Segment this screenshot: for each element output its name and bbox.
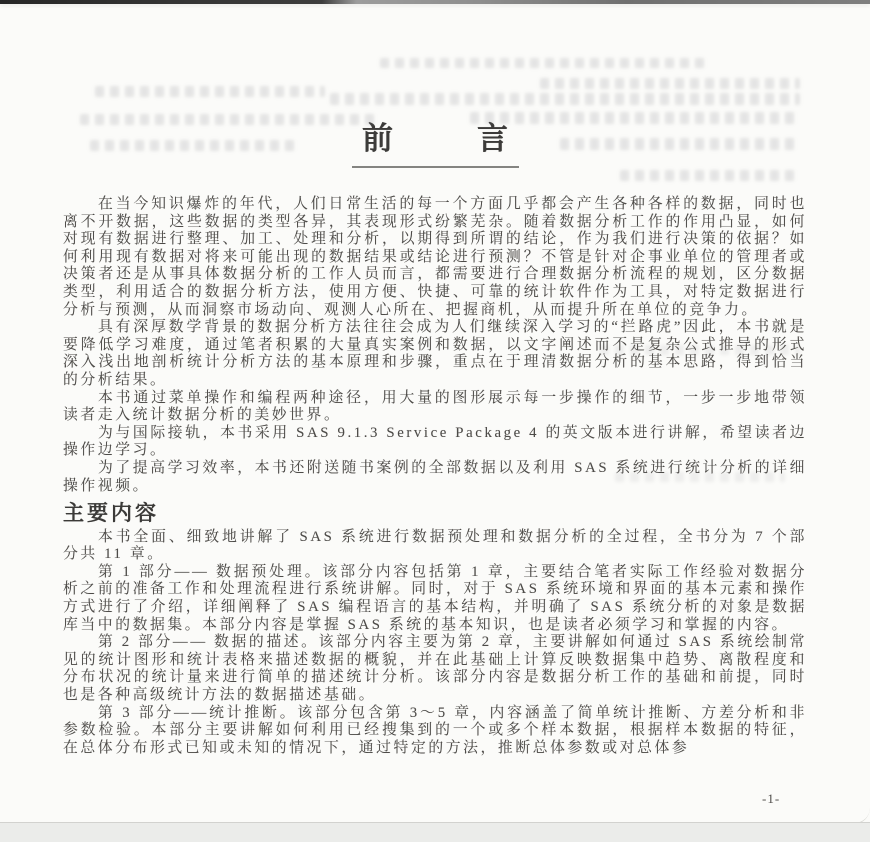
title-char: 前 xyxy=(362,120,393,157)
intro-paragraph-1: 在当今知识爆炸的年代，人们日常生活的每一个方面几乎都会产生各种各样的数据，同时也… xyxy=(63,196,807,319)
section-paragraph-part3: 第 3 部分——统计推断。该部分包含第 3～5 章，内容涵盖了简单统计推断、方差… xyxy=(63,705,807,758)
scanned-book-page: 前 言 在当今知识爆炸的年代，人们日常生活的每一个方面几乎都会产生各种各样的数据… xyxy=(0,0,870,842)
page-number: -1- xyxy=(762,791,780,807)
intro-paragraph-3: 本书通过菜单操作和编程两种途径，用大量的图形展示每一步操作的细节，一步一步地带领… xyxy=(63,390,807,425)
intro-paragraph-2: 具有深厚数学背景的数据分析方法往往会成为人们继续深入学习的“拦路虎”因此，本书就… xyxy=(63,319,807,389)
title-underline xyxy=(352,166,519,168)
intro-paragraph-5: 为了提高学习效率，本书还附送随书案例的全部数据以及利用 SAS 系统进行统计分析… xyxy=(63,460,807,495)
section-paragraph-part1: 第 1 部分—— 数据预处理。该部分内容包括第 1 章，主要结合笔者实际工作经验… xyxy=(63,564,807,634)
page-title: 前 言 xyxy=(0,0,870,157)
preface-body: 在当今知识爆炸的年代，人们日常生活的每一个方面几乎都会产生各种各样的数据，同时也… xyxy=(63,196,807,757)
section-paragraph-part2: 第 2 部分—— 数据的描述。该部分内容主要为第 2 章，主要讲解如何通过 SA… xyxy=(63,634,807,704)
scan-bottom-edge xyxy=(0,822,870,842)
intro-paragraph-4: 为与国际接轨，本书采用 SAS 9.1.3 Service Package 4 … xyxy=(63,425,807,460)
bleedthrough-artifact xyxy=(620,170,800,181)
section-heading-main-contents: 主要内容 xyxy=(63,505,807,523)
title-char: 言 xyxy=(477,120,508,157)
section-paragraph-overview: 本书全面、细致地讲解了 SAS 系统进行数据预处理和数据分析的全过程，全书分为 … xyxy=(63,529,807,564)
scan-top-edge xyxy=(0,0,870,4)
